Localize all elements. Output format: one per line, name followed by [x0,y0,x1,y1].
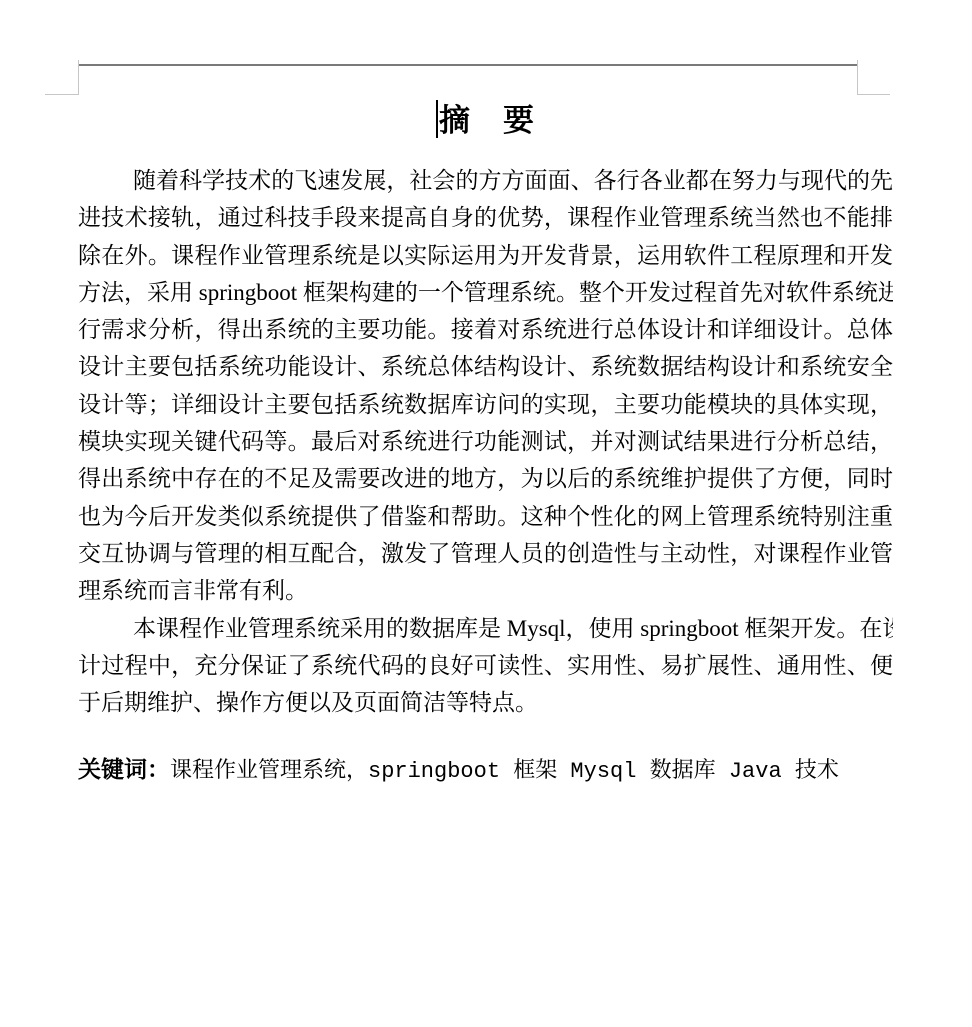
text-content-area[interactable]: 摘 要 随着科学技术的飞速发展，社会的方方面面、各行各业都在努力与现代的先进技术… [78,0,893,790]
abstract-body[interactable]: 随着科学技术的飞速发展，社会的方方面面、各行各业都在努力与现代的先进技术接轨，通… [78,162,893,721]
text-line: 模块实现关键代码等。最后对系统进行功能测试，并对测试结果进行分析总结， [78,423,893,460]
text-line: 得出系统中存在的不足及需要改进的地方，为以后的系统维护提供了方便，同时 [78,460,893,497]
text-line: 于后期维护、操作方便以及页面简洁等特点。 [78,684,893,721]
text-line: 也为今后开发类似系统提供了借鉴和帮助。这种个性化的网上管理系统特别注重 [78,498,893,535]
keywords-value: 课程作业管理系统，springboot 框架 Mysql 数据库 Java 技术 [170,759,839,784]
abstract-paragraph-1[interactable]: 随着科学技术的飞速发展，社会的方方面面、各行各业都在努力与现代的先进技术接轨，通… [78,162,893,610]
text-line: 方法，采用 springboot 框架构建的一个管理系统。整个开发过程首先对软件… [78,274,893,311]
text-line: 交互协调与管理的相互配合，激发了管理人员的创造性与主动性，对课程作业管 [78,535,893,572]
text-line: 本课程作业管理系统采用的数据库是 Mysql，使用 springboot 框架开… [78,610,893,647]
page-title: 摘 要 [439,103,535,138]
text-line: 理系统而言非常有利。 [78,572,893,609]
abstract-paragraph-2[interactable]: 本课程作业管理系统采用的数据库是 Mysql，使用 springboot 框架开… [78,610,893,722]
text-line: 除在外。课程作业管理系统是以实际运用为开发背景，运用软件工程原理和开发 [78,237,893,274]
margin-mark-top-left-horizontal [45,94,78,95]
text-line: 设计主要包括系统功能设计、系统总体结构设计、系统数据结构设计和系统安全 [78,348,893,385]
keywords-label: 关键词： [78,756,170,782]
text-line: 进技术接轨，通过科技手段来提高自身的优势，课程作业管理系统当然也不能排 [78,199,893,236]
abstract-title-row[interactable]: 摘 要 [78,100,893,142]
text-line: 计过程中，充分保证了系统代码的良好可读性、实用性、易扩展性、通用性、便 [78,647,893,684]
text-line: 行需求分析，得出系统的主要功能。接着对系统进行总体设计和详细设计。总体 [78,311,893,348]
text-line: 设计等；详细设计主要包括系统数据库访问的实现，主要功能模块的具体实现， [78,386,893,423]
document-page: 摘 要 随着科学技术的飞速发展，社会的方方面面、各行各业都在努力与现代的先进技术… [0,0,972,1027]
text-cursor [436,100,438,138]
text-line: 随着科学技术的飞速发展，社会的方方面面、各行各业都在努力与现代的先 [78,162,893,199]
keywords-line[interactable]: 关键词：课程作业管理系统，springboot 框架 Mysql 数据库 Jav… [78,751,893,790]
